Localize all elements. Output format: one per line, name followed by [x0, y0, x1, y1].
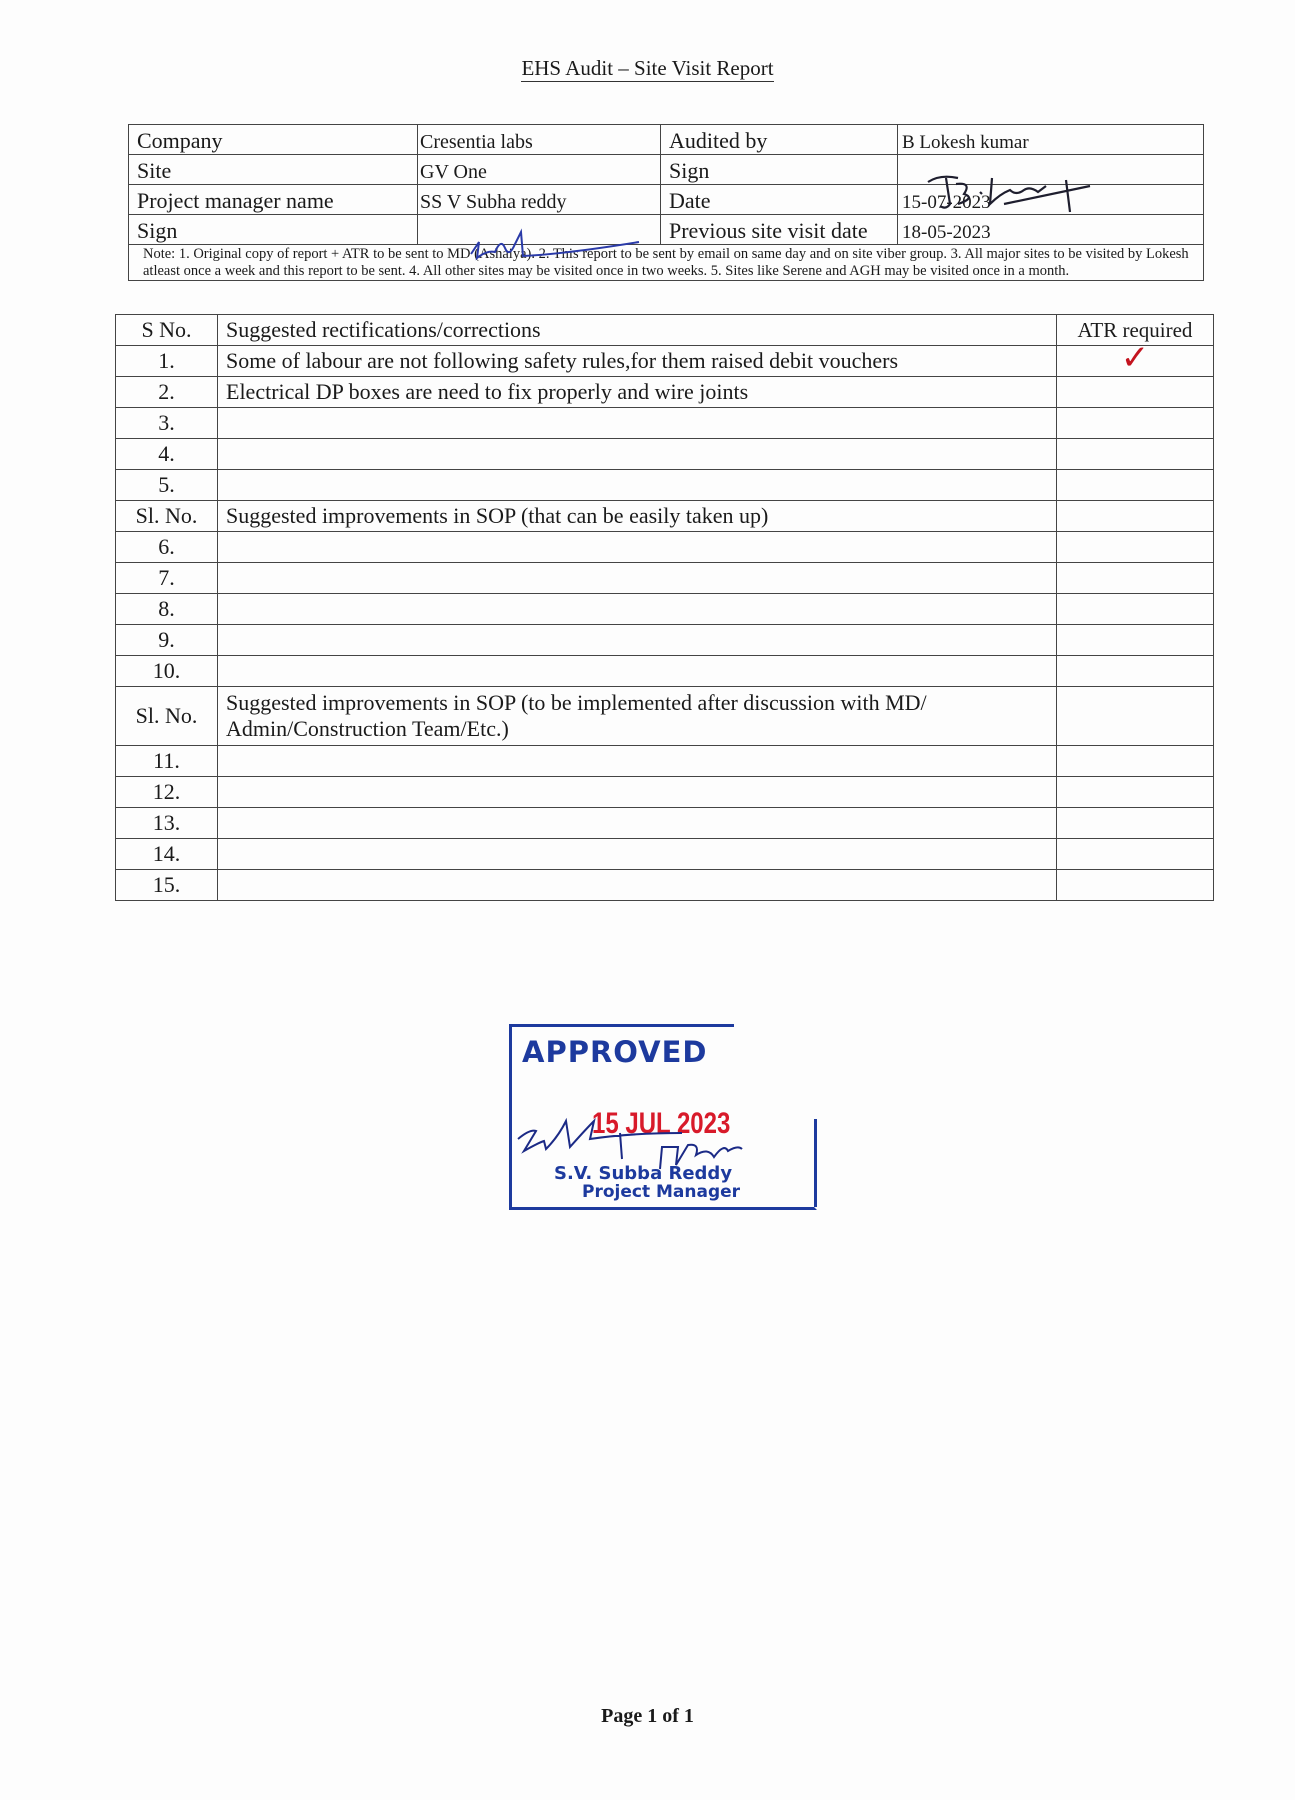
prev-visit-label: Previous site visit date [661, 215, 898, 245]
atr-cell[interactable] [1057, 408, 1214, 439]
stamp-role: Project Manager [582, 1182, 740, 1202]
auditor-signature [898, 155, 1204, 185]
row-number: 3. [116, 408, 218, 439]
row-text[interactable] [218, 777, 1057, 808]
atr-header [1057, 687, 1214, 746]
row-number: 7. [116, 563, 218, 594]
findings-table: S No.Suggested rectifications/correction… [115, 314, 1214, 901]
row-number: 12. [116, 777, 218, 808]
row-text[interactable] [218, 563, 1057, 594]
row-text[interactable] [218, 470, 1057, 501]
header-row: Project manager name SS V Subha reddy Da… [129, 185, 1204, 215]
section-no-header: Sl. No. [116, 501, 218, 532]
note-text: Note: 1. Original copy of report + ATR t… [128, 245, 1204, 281]
site-value: GV One [418, 155, 661, 185]
atr-cell[interactable] [1057, 439, 1214, 470]
header-info-table: Company Cresentia labs Audited by B Loke… [128, 124, 1204, 245]
row-text[interactable] [218, 808, 1057, 839]
row-number: 5. [116, 470, 218, 501]
section-title: Suggested rectifications/corrections [218, 315, 1057, 346]
section-header-row: Sl. No.Suggested improvements in SOP (to… [116, 687, 1214, 746]
company-value: Cresentia labs [418, 125, 661, 155]
row-number: 4. [116, 439, 218, 470]
table-row: 12. [116, 777, 1214, 808]
table-row: 13. [116, 808, 1214, 839]
row-text[interactable] [218, 594, 1057, 625]
atr-cell[interactable] [1057, 532, 1214, 563]
section-no-header: Sl. No. [116, 687, 218, 746]
site-label: Site [129, 155, 418, 185]
table-row: 10. [116, 656, 1214, 687]
table-row: 11. [116, 746, 1214, 777]
atr-cell[interactable] [1057, 625, 1214, 656]
row-number: 15. [116, 870, 218, 901]
table-row: 7. [116, 563, 1214, 594]
atr-cell[interactable] [1057, 839, 1214, 870]
atr-cell[interactable] [1057, 563, 1214, 594]
table-row: 4. [116, 439, 1214, 470]
row-number: 10. [116, 656, 218, 687]
row-number: 11. [116, 746, 218, 777]
row-text[interactable] [218, 870, 1057, 901]
stamp-date: 15 JUL 2023 [592, 1107, 730, 1141]
approved-stamp: APPROVED 15 JUL 2023 S.V. Subba Reddy Pr… [509, 1024, 817, 1210]
auditor-sign-label: Sign [661, 155, 898, 185]
row-number: 8. [116, 594, 218, 625]
atr-cell[interactable]: ✓ [1057, 346, 1214, 377]
pm-sign-label: Sign [129, 215, 418, 245]
table-row: 9. [116, 625, 1214, 656]
header-row: Sign Previous site visit date 18-05-2023 [129, 215, 1204, 245]
section-no-header: S No. [116, 315, 218, 346]
report-title-text: EHS Audit – Site Visit Report [521, 56, 773, 82]
audited-by-label: Audited by [661, 125, 898, 155]
row-text[interactable] [218, 839, 1057, 870]
row-text[interactable] [218, 656, 1057, 687]
header-block: Company Cresentia labs Audited by B Loke… [128, 124, 1204, 281]
row-text[interactable]: Electrical DP boxes are need to fix prop… [218, 377, 1057, 408]
findings-table-body: S No.Suggested rectifications/correction… [116, 315, 1214, 901]
table-row: 1.Some of labour are not following safet… [116, 346, 1214, 377]
row-text[interactable] [218, 746, 1057, 777]
table-row: 6. [116, 532, 1214, 563]
table-row: 5. [116, 470, 1214, 501]
date-label: Date [661, 185, 898, 215]
header-row: Site GV One Sign [129, 155, 1204, 185]
company-label: Company [129, 125, 418, 155]
pm-value: SS V Subha reddy [418, 185, 661, 215]
report-title: EHS Audit – Site Visit Report [0, 56, 1295, 81]
row-text[interactable] [218, 408, 1057, 439]
atr-cell[interactable] [1057, 594, 1214, 625]
date-value: 15-07-2023 [898, 185, 1204, 215]
stamp-name: S.V. Subba Reddy [554, 1163, 732, 1184]
row-number: 1. [116, 346, 218, 377]
section-header-row: S No.Suggested rectifications/correction… [116, 315, 1214, 346]
table-row: 3. [116, 408, 1214, 439]
atr-cell[interactable] [1057, 808, 1214, 839]
atr-header [1057, 501, 1214, 532]
check-mark-icon: ✓ [1121, 338, 1150, 378]
page-number: Page 1 of 1 [0, 1705, 1295, 1728]
row-number: 2. [116, 377, 218, 408]
section-title: Suggested improvements in SOP (that can … [218, 501, 1057, 532]
header-row: Company Cresentia labs Audited by B Loke… [129, 125, 1204, 155]
atr-cell[interactable] [1057, 377, 1214, 408]
table-row: 2.Electrical DP boxes are need to fix pr… [116, 377, 1214, 408]
atr-cell[interactable] [1057, 656, 1214, 687]
audited-by-value: B Lokesh kumar [898, 125, 1204, 155]
atr-cell[interactable] [1057, 470, 1214, 501]
prev-visit-value: 18-05-2023 [898, 215, 1204, 245]
atr-cell[interactable] [1057, 870, 1214, 901]
row-number: 9. [116, 625, 218, 656]
pm-label: Project manager name [129, 185, 418, 215]
row-number: 14. [116, 839, 218, 870]
row-text[interactable] [218, 532, 1057, 563]
section-title: Suggested improvements in SOP (to be imp… [218, 687, 1057, 746]
table-row: 14. [116, 839, 1214, 870]
stamp-border [509, 1024, 734, 1027]
row-number: 6. [116, 532, 218, 563]
row-number: 13. [116, 808, 218, 839]
table-row: 15. [116, 870, 1214, 901]
row-text[interactable] [218, 625, 1057, 656]
atr-cell[interactable] [1057, 777, 1214, 808]
row-text[interactable] [218, 439, 1057, 470]
row-text[interactable]: Some of labour are not following safety … [218, 346, 1057, 377]
pm-signature [418, 215, 661, 245]
stamp-border [814, 1119, 817, 1207]
stamp-status: APPROVED [522, 1035, 707, 1069]
table-row: 8. [116, 594, 1214, 625]
atr-cell[interactable] [1057, 746, 1214, 777]
section-header-row: Sl. No.Suggested improvements in SOP (th… [116, 501, 1214, 532]
